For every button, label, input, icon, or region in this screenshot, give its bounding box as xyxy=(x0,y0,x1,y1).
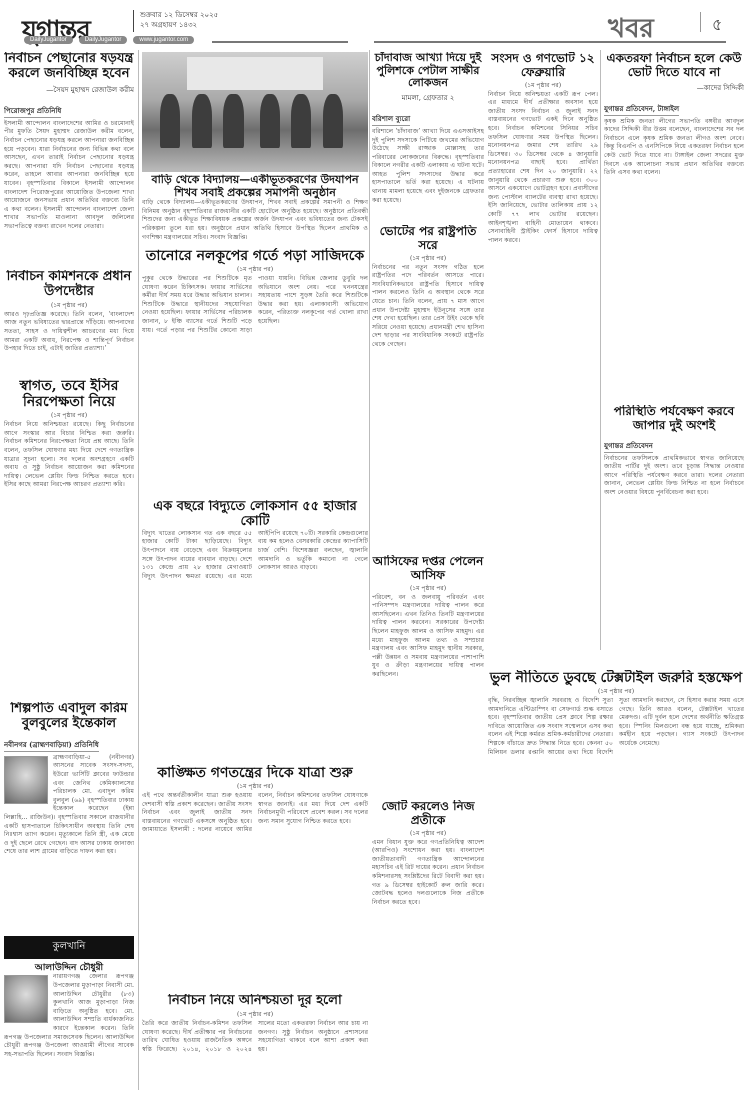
social-links: DailyJugantor DailyJugantor www.jugantor… xyxy=(24,36,194,44)
headline: নির্বাচন পেছানোর ষড়যন্ত্র করলে জনবিচ্ছি… xyxy=(4,52,134,82)
article-inclusive-education[interactable]: বাড়ি থেকে বিদ্যালয়—একীভূতকরণের উদযাপন … xyxy=(142,174,368,244)
masthead: যুগান্তর শুক্রবার ১২ ডিসেম্বর ২০২৫ ২৭ অগ… xyxy=(0,0,748,48)
article-body: কৃষক শ্রমিক জনতা লীগের সভাপতি বঙ্গবীর আব… xyxy=(604,118,744,178)
byline: নবীনগর (ব্রাহ্মণবাড়িয়া) প্রতিনিধি xyxy=(4,739,99,752)
article-body: বৃদ্ধি, নিরবচ্ছিন্ন জ্বালানি সরবরাহ ও বি… xyxy=(488,697,744,757)
date-gregorian: শুক্রবার ১২ ডিসেম্বর ২০২৫ xyxy=(140,10,218,20)
article-tanore-borewell[interactable]: তানোরে নলকূপের গর্তে পড়া সাজিদকে (১ম পৃ… xyxy=(142,248,368,498)
headline: এক বছরে বিদ্যুতে লোকসান ৫৫ হাজার কোটি xyxy=(142,500,368,530)
article-election-uncertainty[interactable]: নির্বাচন নিয়ে অনিশ্চয়তা দূর হলো (১ম পৃ… xyxy=(142,994,368,1092)
byline: পিরোজপুর প্রতিনিধি xyxy=(4,105,61,118)
continuation: (১ম পৃষ্ঠার পর) xyxy=(142,1009,368,1020)
person-figure xyxy=(291,94,311,148)
article-body: নির্বাচন নিয়ে অনিশ্চয়তা রয়েছে। কিছু ন… xyxy=(4,421,134,490)
article-parliament-referendum[interactable]: সংসদ ও গণভোট ১২ ফেব্রুয়ারি (১ম পৃষ্ঠার … xyxy=(488,52,598,662)
headline: সংসদ ও গণভোট ১২ ফেব্রুয়ারি xyxy=(488,52,598,80)
subheadline: মামলা, গ্রেফতার ২ xyxy=(372,92,484,104)
dateline: শুক্রবার ১২ ডিসেম্বর ২০২৫ ২৭ অগ্রহায়ণ ১… xyxy=(140,10,218,30)
obituary-label: কুলখানি xyxy=(4,936,134,959)
article-body: পুকুর থেকে উদ্ধারের পর শিশুটিকে মৃত ঘোষণ… xyxy=(142,275,368,335)
article-body: এমন বিধান যুক্ত করে গণপ্রতিনিধিত্ব আদেশ … xyxy=(372,839,484,908)
article-alliance-symbol[interactable]: জোট করলেও নিজ প্রতীকে (১ম পৃষ্ঠার পর) এম… xyxy=(372,800,484,1090)
headline: আসিফের দপ্তর পেলেন আসিফ xyxy=(372,555,484,583)
article-welcome-ec-neutrality[interactable]: স্বাগত, তবে ইসির নিরপেক্ষতা নিয়ে (১ম পৃ… xyxy=(4,378,134,698)
headline: নির্বাচন নিয়ে অনিশ্চয়তা দূর হলো xyxy=(142,994,368,1009)
article-jatiya-party[interactable]: পরিস্থিতি পর্যবেক্ষণ করবে জাপার দুই অংশই… xyxy=(604,405,744,655)
article-body: বিদ্যুৎ খাতের লোকসান গত এক বছরে ৫৫ হাজার… xyxy=(142,530,368,582)
person-figure xyxy=(323,94,343,148)
article-election-conspiracy[interactable]: নির্বাচন পেছানোর ষড়যন্ত্র করলে জনবিচ্ছি… xyxy=(4,52,134,267)
headline: ভুল নীতিতে ডুবছে টেক্সটাইল জরুরি হস্তক্ষ… xyxy=(488,670,744,686)
continuation: (১ম পৃষ্ঠার পর) xyxy=(4,410,134,421)
headline: জোট করলেও নিজ প্রতীকে xyxy=(372,800,484,828)
masthead-divider xyxy=(133,10,134,32)
byline: যুগান্তর প্রতিবেদন xyxy=(604,440,653,453)
obituary-name: আলাউদ্দিন চৌধুরী xyxy=(4,963,134,973)
section-title: খবর xyxy=(608,8,654,52)
article-ec-chief-adviser[interactable]: নির্বাচন কমিশনকে প্রধান উপদেষ্টার (১ম পৃ… xyxy=(4,270,134,375)
headline: তানোরে নলকূপের গর্তে পড়া সাজিদকে xyxy=(142,248,368,264)
article-president-step-down[interactable]: ভোটের পর রাষ্ট্রপতি সরে (১ম পৃষ্ঠার পর) … xyxy=(372,225,484,535)
continuation: (১ম পৃষ্ঠার পর) xyxy=(142,781,368,792)
article-body: তৈরি করে জাতীয় নির্বাচন-কমিশন তফসিল ঘোষ… xyxy=(142,1020,368,1054)
article-one-sided-election[interactable]: একতরফা নির্বাচন হলে কেউ ভোট দিতে যাবে না… xyxy=(604,52,744,397)
continuation: (১ম পৃষ্ঠার পর) xyxy=(372,583,484,594)
header-rule xyxy=(374,41,726,43)
byline: বরিশাল ব্যুরো xyxy=(372,113,410,126)
headline: চাঁদাবাজ আখ্যা দিয়ে দুই পুলিশকে পেটাল স… xyxy=(372,52,484,90)
article-body: ইসলামী আন্দোলন বাংলাদেশের আমির ও চরমোনাই… xyxy=(4,120,134,232)
headline: বাড়ি থেকে বিদ্যালয়—একীভূতকরণের উদযাপন … xyxy=(142,174,368,199)
section-divider xyxy=(700,12,701,32)
facebook-link[interactable]: DailyJugantor xyxy=(24,36,73,44)
page-number: ৫ xyxy=(712,12,722,39)
portrait-photo xyxy=(4,756,48,804)
continuation: (১ম পৃষ্ঠার পর) xyxy=(488,80,598,91)
article-body: পরিবেশ, বন ও জলবায়ু পরিবর্তন এবং পানিসম… xyxy=(372,594,484,680)
quote-attribution: —সৈয়দ মুহাম্মদ রেজাউল করীম xyxy=(4,84,134,96)
article-body: বরিশালে ‘চাঁদাবাজ’ আখ্যা দিয়ে এএসআইসহ দ… xyxy=(372,128,484,205)
column-divider xyxy=(138,50,139,1090)
headline: কাঙ্ক্ষিত গণতন্ত্রের দিকে যাত্রা শুরু xyxy=(142,765,368,781)
article-democracy-journey[interactable]: কাঙ্ক্ষিত গণতন্ত্রের দিকে যাত্রা শুরু (১… xyxy=(142,765,368,990)
event-photo xyxy=(142,52,368,172)
article-body: এই পথে অন্তর্বর্তীকালীন যাত্রা শুরু হওয়… xyxy=(142,792,368,835)
article-body: নির্বাচনের পর নতুন সংসদ গঠিত হলে রাষ্ট্র… xyxy=(372,264,484,350)
person-figure xyxy=(223,94,243,148)
continuation: (১ম পৃষ্ঠার পর) xyxy=(488,686,744,697)
person-figure xyxy=(160,94,180,148)
byline: যুগান্তর প্রতিবেদন, টাঙ্গাইল xyxy=(604,103,679,116)
person-figure xyxy=(260,94,280,148)
column-divider xyxy=(600,50,601,650)
newspaper-logo: যুগান্তর xyxy=(22,10,90,54)
continuation: (১ম পৃষ্ঠার পর) xyxy=(4,300,134,311)
website-link[interactable]: www.jugantor.com xyxy=(133,36,194,44)
headline: শিল্পপতি এবাদুল করিম বুলবুলের ইন্তেকাল xyxy=(4,702,134,732)
article-body: আরও দৃঢ়প্রতিজ্ঞ করেছে। তিনি বলেন, ‘বাংল… xyxy=(4,311,134,354)
obituary-kulkhani[interactable]: কুলখানি আলাউদ্দিন চৌধুরী নারায়ণগঞ্জ জেল… xyxy=(4,932,134,1092)
headline: একতরফা নির্বাচন হলে কেউ ভোট দিতে যাবে না xyxy=(604,52,744,80)
article-textile-crisis[interactable]: ভুল নীতিতে ডুবছে টেক্সটাইল জরুরি হস্তক্ষ… xyxy=(488,670,744,1092)
header-rule xyxy=(212,41,348,43)
continuation: (১ম পৃষ্ঠার পর) xyxy=(142,264,368,275)
headline: ভোটের পর রাষ্ট্রপতি সরে xyxy=(372,225,484,253)
quote-attribution: —কাদের সিদ্দিকী xyxy=(604,82,744,94)
date-bengali: ২৭ অগ্রহায়ণ ১৪৩২ xyxy=(140,20,218,30)
continuation: (১ম পৃষ্ঠার পর) xyxy=(372,253,484,264)
article-power-loss[interactable]: এক বছরে বিদ্যুতে লোকসান ৫৫ হাজার কোটি বি… xyxy=(142,500,368,730)
portrait-photo xyxy=(4,975,48,1023)
article-body: নির্বাচনের তফসিলকে প্রাথমিকভাবে স্বাগত জ… xyxy=(604,455,744,498)
article-body: বাড়ি থেকে বিদ্যালয়—একীভূতকরণের উদযাপন,… xyxy=(142,199,368,242)
headline: স্বাগত, তবে ইসির নিরপেক্ষতা নিয়ে xyxy=(4,378,134,410)
article-industrialist-death[interactable]: শিল্পপতি এবাদুল করিম বুলবুলের ইন্তেকাল ন… xyxy=(4,702,134,927)
event-banner xyxy=(187,57,323,91)
headline: নির্বাচন কমিশনকে প্রধান উপদেষ্টার xyxy=(4,270,134,300)
column-divider xyxy=(369,50,370,650)
headline: পরিস্থিতি পর্যবেক্ষণ করবে জাপার দুই অংশই xyxy=(604,405,744,433)
continuation: (১ম পৃষ্ঠার পর) xyxy=(372,828,484,839)
article-body: নির্বাচন নিয়ে অনিশ্চয়তা একটি রূপ পেল। … xyxy=(488,91,598,246)
twitter-link[interactable]: DailyJugantor xyxy=(79,36,128,44)
person-figure xyxy=(192,94,212,148)
article-asif-portfolio[interactable]: আসিফের দপ্তর পেলেন আসিফ (১ম পৃষ্ঠার পর) … xyxy=(372,555,484,755)
